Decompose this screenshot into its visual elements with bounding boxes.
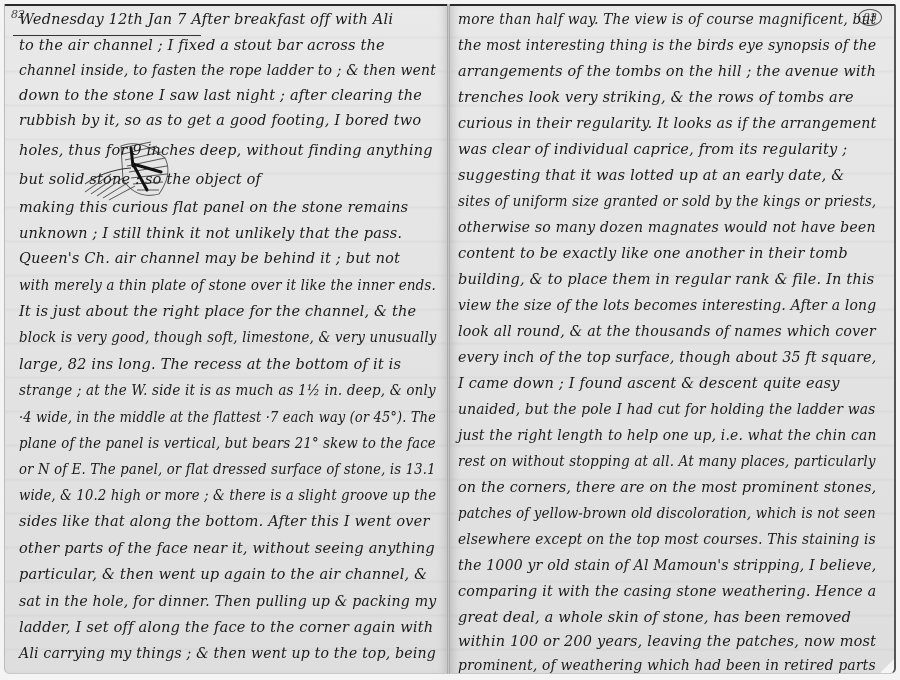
text-line: content to be exactly like one another i…: [458, 246, 848, 262]
text-line: down to the stone I saw last night ; aft…: [19, 88, 422, 104]
text-line: the 1000 yr old stain of Al Mamoun's str…: [458, 558, 876, 574]
text-line: look all round, & at the thousands of na…: [458, 324, 876, 340]
text-line: was clear of individual caprice, from it…: [458, 142, 847, 158]
text-line: on the corners, there are on the most pr…: [458, 480, 876, 496]
text-line: large, 82 ins long. The recess at the bo…: [19, 357, 401, 373]
text-line: ladder, I set off along the face to the …: [19, 620, 433, 636]
text-line: wide, & 10.2 high or more ; & there is a…: [19, 488, 436, 504]
left-page: 82 Wednesday 12th Jan 7 After breakfast …: [4, 4, 448, 674]
text-line: sites of uniform size granted or sold by…: [458, 194, 876, 210]
text-line: but solid stone : so the object of: [19, 172, 261, 188]
text-line: great deal, a whole skin of stone, has b…: [458, 610, 851, 626]
text-line: every inch of the top surface, though ab…: [458, 350, 876, 366]
text-line: to the air channel ; I fixed a stout bar…: [19, 38, 385, 54]
text-line: sides like that along the bottom. After …: [19, 514, 430, 530]
text-line: strange ; at the W. side it is as much a…: [19, 383, 436, 399]
text-line: comparing it with the casing stone weath…: [458, 584, 876, 600]
text-line: view the size of the lots becomes intere…: [458, 298, 876, 314]
text-line: trenches look very striking, & the rows …: [458, 90, 854, 106]
text-line: curious in their regularity. It looks as…: [458, 116, 877, 132]
text-line: or N of E. The panel, or flat dressed su…: [19, 462, 436, 478]
text-line: I came down ; I found ascent & descent q…: [458, 376, 840, 392]
text-line: plane of the panel is vertical, but bear…: [19, 436, 436, 452]
text-line: Wednesday 12th Jan 7 After breakfast off…: [19, 12, 393, 28]
page-corner: [880, 659, 894, 673]
text-line: prominent, of weathering which had been …: [458, 658, 876, 674]
heading-underline: [13, 35, 201, 36]
text-line: building, & to place them in regular ran…: [458, 272, 874, 288]
right-page: 83 more than half way. The view is of co…: [450, 4, 896, 674]
text-line: within 100 or 200 years, leaving the pat…: [458, 634, 876, 650]
text-line: rest on without stopping at all. At many…: [458, 454, 876, 470]
text-line: holes, thus for 9 inches deep, without f…: [19, 143, 433, 159]
text-line: block is very good, though soft, limesto…: [19, 330, 437, 346]
text-line: elsewhere except on the top most courses…: [458, 532, 876, 548]
text-line: otherwise so many dozen magnates would n…: [458, 220, 876, 236]
text-line: Ali carrying my things ; & then went up …: [19, 646, 436, 662]
text-line: channel inside, to fasten the rope ladde…: [19, 63, 436, 79]
text-line: Queen's Ch. air channel may be behind it…: [19, 251, 400, 267]
text-line: other parts of the face near it, without…: [19, 541, 435, 557]
text-line: It is just about the right place for the…: [19, 304, 416, 320]
text-line: rubbish by it, so as to get a good footi…: [19, 113, 421, 129]
text-line: with merely a thin plate of stone over i…: [19, 278, 436, 294]
text-line: patches of yellow-brown old discoloratio…: [458, 506, 876, 522]
text-line: more than half way. The view is of cours…: [458, 12, 876, 28]
notebook-spread: 82 Wednesday 12th Jan 7 After breakfast …: [0, 0, 900, 680]
text-line: making this curious flat panel on the st…: [19, 200, 408, 216]
text-line: unaided, but the pole I had cut for hold…: [458, 402, 875, 418]
text-line: particular, & then went up again to the …: [19, 567, 427, 583]
text-line: suggesting that it was lotted up at an e…: [458, 168, 844, 184]
text-line: arrangements of the tombs on the hill ; …: [458, 64, 876, 80]
text-line: unknown ; I still think it not unlikely …: [19, 226, 402, 242]
text-line: sat in the hole, for dinner. Then pullin…: [19, 594, 436, 610]
text-line: the most interesting thing is the birds …: [458, 38, 876, 54]
text-line: ·4 wide, in the middle at the flattest ·…: [19, 410, 436, 426]
text-line: just the right length to help one up, i.…: [458, 428, 877, 444]
